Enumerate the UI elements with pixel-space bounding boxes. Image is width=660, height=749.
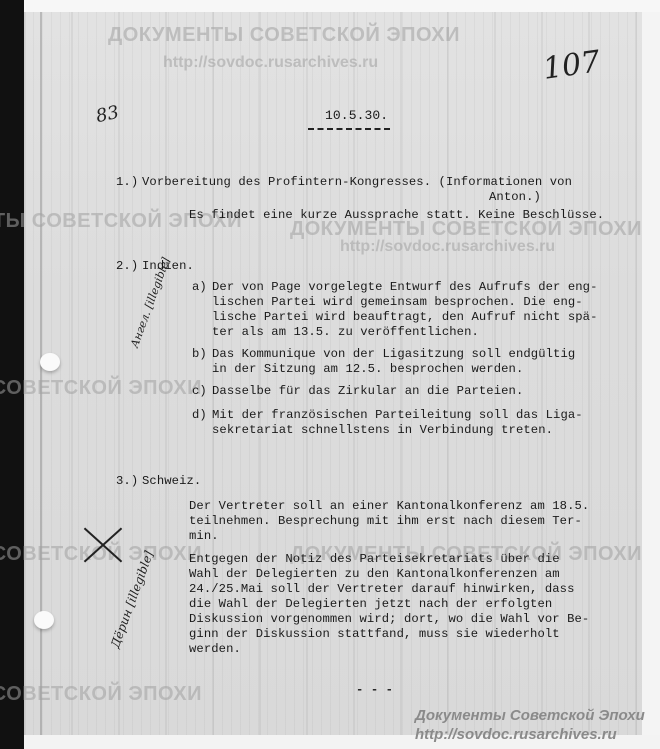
section-1-body: Es findet eine kurze Aussprache statt. K… (189, 208, 604, 223)
section-2-heading: Indien. (142, 259, 194, 274)
watermark-bottom-url: http://sovdoc.rusarchives.ru (415, 726, 617, 743)
section-3-heading: Schweiz. (142, 474, 201, 489)
scan-left-border (0, 0, 24, 749)
section-2-item-c-line-1: Dasselbe für das Zirkular an die Parteie… (212, 384, 523, 399)
date-underline (308, 128, 390, 130)
section-2-item-b-label: b) (192, 347, 207, 362)
watermark-title-bottom-left: ДОКУМЕНТЫ СОВЕТСКОЙ ЭПОХИ (0, 683, 202, 706)
watermark-url-top: http://sovdoc.rusarchives.ru (163, 54, 378, 72)
section-3-para-1-line-3: min. (189, 529, 219, 544)
section-3-para-2-line-5: Diskussion vorgenommen wird; dort, wo di… (189, 612, 589, 627)
watermark-bottom-title: Документы Советской Эпохи (415, 707, 645, 724)
watermark-title-top: ДОКУМЕНТЫ СОВЕТСКОЙ ЭПОХИ (108, 24, 460, 47)
punch-hole-bottom (34, 611, 54, 629)
section-1-heading-cont: Anton.) (489, 190, 541, 205)
document-date: 10.5.30. (325, 108, 388, 123)
section-2-item-a-label: a) (192, 280, 207, 295)
scan-right-border (642, 12, 660, 735)
section-2-item-b-line-2: in der Sitzung am 12.5. besprochen werde… (212, 362, 523, 377)
section-2-item-b-line-1: Das Kommunique von der Ligasitzung soll … (212, 347, 575, 362)
end-mark: - - - (356, 683, 393, 698)
section-2-item-a-line-3: lische Partei wird beauftragt, den Aufru… (212, 310, 598, 325)
section-2-item-a-line-2: lischen Partei wird gemeinsam besprochen… (212, 295, 583, 310)
section-2-item-d-line-1: Mit der französischen Parteileitung soll… (212, 408, 583, 423)
section-3-para-1-line-1: Der Vertreter soll an einer Kantonalkonf… (189, 499, 589, 514)
scan-top-border (24, 0, 660, 12)
section-2-item-a-line-1: Der von Page vorgelegte Entwurf des Aufr… (212, 280, 598, 295)
section-3-para-1-line-2: teilnehmen. Besprechung mit ihm erst nac… (189, 514, 582, 529)
section-3-number: 3.) (116, 474, 138, 489)
section-3-para-2-line-2: Wahl der Delegierten zu den Kantonalkonf… (189, 567, 560, 582)
section-3-para-2-line-6: ginn der Diskussion stattfand, muss sie … (189, 627, 560, 642)
section-2-item-a-line-4: ter als am 13.5. zu veröffentlichen. (212, 325, 479, 340)
section-3-para-2-line-4: die Wahl der Delegierten jetzt nach der … (189, 597, 552, 612)
section-2-item-d-label: d) (192, 408, 207, 423)
section-1-heading: Vorbereitung des Profintern-Kongresses. … (142, 175, 572, 190)
watermark-url-mid2: http://sovdoc.rusarchives.ru (340, 238, 555, 256)
section-2-item-d-line-2: sekretariat schnellstens in Verbindung t… (212, 423, 553, 438)
punch-hole-top (40, 353, 60, 371)
section-2-number: 2.) (116, 259, 138, 274)
section-3-para-2-line-1: Entgegen der Notiz des Parteisekretariat… (189, 552, 560, 567)
section-3-para-2-line-7: werden. (189, 642, 241, 657)
section-2-item-c-label: c) (192, 384, 207, 399)
section-3-para-2-line-3: 24./25.Mai soll der Vertreter darauf hin… (189, 582, 575, 597)
watermark-title-mid3: ДОКУМЕНТЫ СОВЕТСКОЙ ЭПОХИ (0, 377, 202, 400)
section-1-number: 1.) (116, 175, 138, 190)
